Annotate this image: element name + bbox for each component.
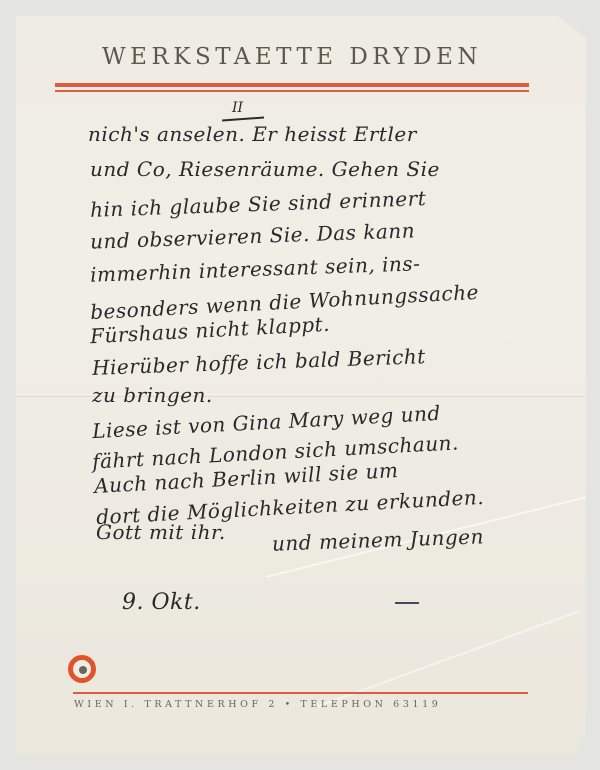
handwritten-line: zu bringen. — [92, 383, 213, 407]
red-target-logo-icon — [68, 655, 96, 683]
handwritten-line: nich's anselen. Er heisst Ertler — [88, 122, 417, 146]
handwritten-date: 9. Okt. — [122, 590, 201, 615]
logo-center-dot — [79, 666, 87, 674]
footer-rule — [73, 692, 528, 694]
footer-address: WIEN I. TRATTNERHOF 2 — [74, 699, 278, 710]
letterhead-company-name: WERKSTAETTE DRYDEN — [54, 44, 530, 70]
footer-separator: • — [285, 699, 294, 710]
page-number: II — [232, 100, 243, 116]
letterhead-rule-thin — [55, 90, 529, 92]
letterhead-rule-thick — [55, 83, 529, 87]
handwritten-line: Gott mit ihr. — [96, 520, 226, 544]
handwritten-line: und Co, Riesenräume. Gehen Sie — [90, 157, 440, 181]
footer-telephone-label: TELEPHON — [300, 699, 386, 710]
signature-mark — [395, 602, 419, 604]
footer-telephone-number: 63119 — [393, 699, 441, 710]
letterhead-footer: WIEN I. TRATTNERHOF 2 • TELEPHON 63119 — [74, 699, 534, 710]
